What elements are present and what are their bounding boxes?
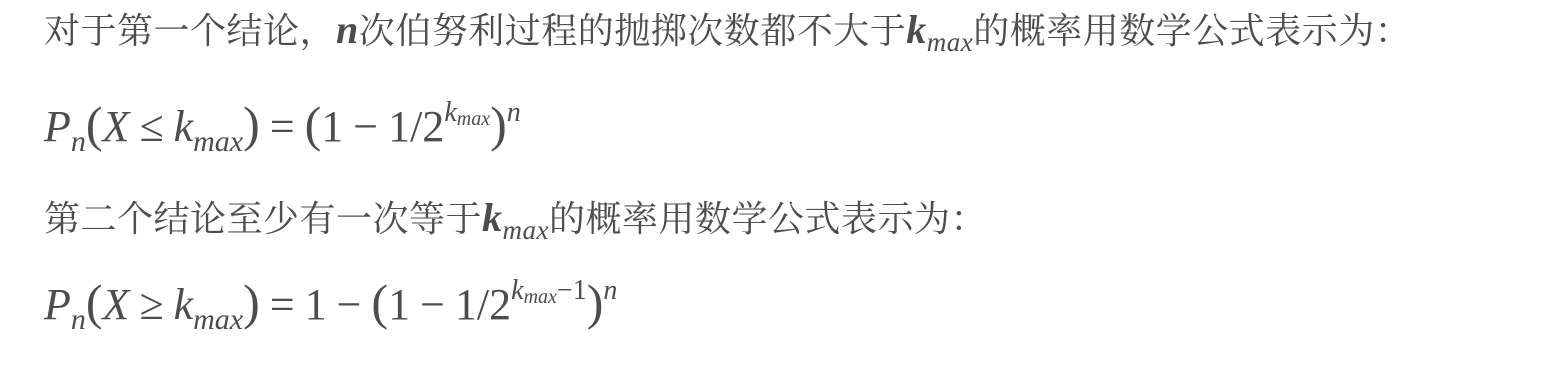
equation-2: Pn(X≥kmax)=1−(1−1/2kmax−1)n (44, 258, 1514, 324)
eq-symbol: k (174, 102, 194, 151)
eq-operator: = (260, 102, 305, 151)
eq-number: 1 (388, 280, 410, 329)
eq-paren: ( (371, 274, 388, 330)
eq-operator: ≤ (129, 102, 173, 151)
eq-symbol: P (44, 280, 71, 329)
eq-number: 1 (321, 102, 343, 151)
eq-superscript: n (603, 275, 617, 306)
eq-superscript: kmax−1 (511, 275, 587, 306)
eq-superscript: kmax (444, 97, 490, 128)
eq-subscript: n (71, 125, 86, 158)
eq-symbol: P (44, 102, 71, 151)
paragraph-conclusion-1: 对于第一个结论，n次伯努利过程的抛掷次数都不大于kmax的概率用数学公式表示为： (44, 0, 1514, 72)
math-var-kmax: kmax (482, 195, 549, 240)
eq-subscript: n (71, 303, 86, 336)
paragraph-conclusion-2: 第二个结论至少有一次等于kmax的概率用数学公式表示为： (44, 190, 1514, 258)
math-var-kmax: kmax (906, 7, 973, 52)
text-segment: 的概率用数学公式表示为： (549, 199, 987, 240)
eq-number: 1/2 (455, 280, 511, 329)
eq-operator: − (343, 102, 388, 151)
eq-paren: ) (490, 96, 507, 152)
eq-paren: ( (86, 96, 103, 152)
eq-paren: ) (243, 96, 260, 152)
eq-operator: − (410, 280, 455, 329)
math-var-n: n (336, 7, 359, 52)
eq-paren: ( (305, 96, 322, 152)
eq-symbol: k (174, 280, 194, 329)
eq-number: 1/2 (388, 102, 444, 151)
eq-number: 1 (305, 280, 327, 329)
document-body: 对于第一个结论，n次伯努利过程的抛掷次数都不大于kmax的概率用数学公式表示为：… (44, 0, 1514, 324)
equation-1: Pn(X≤kmax)=(1−1/2kmax)n (44, 80, 1514, 146)
eq-operator: ≥ (129, 280, 173, 329)
eq-symbol: X (103, 102, 130, 151)
text-segment: 次伯努利过程的抛掷次数都不大于 (359, 11, 907, 52)
text-segment: 第二个结论至少有一次等于 (44, 199, 482, 240)
eq-operator: − (327, 280, 372, 329)
eq-paren: ) (587, 274, 604, 330)
eq-superscript: n (507, 97, 521, 128)
eq-subscript: max (193, 303, 243, 336)
eq-subscript: max (193, 125, 243, 158)
eq-symbol: X (103, 280, 130, 329)
eq-operator: = (260, 280, 305, 329)
eq-paren: ) (243, 274, 260, 330)
text-segment: 对于第一个结论， (44, 11, 336, 52)
eq-paren: ( (86, 274, 103, 330)
text-segment: 的概率用数学公式表示为： (973, 11, 1411, 52)
